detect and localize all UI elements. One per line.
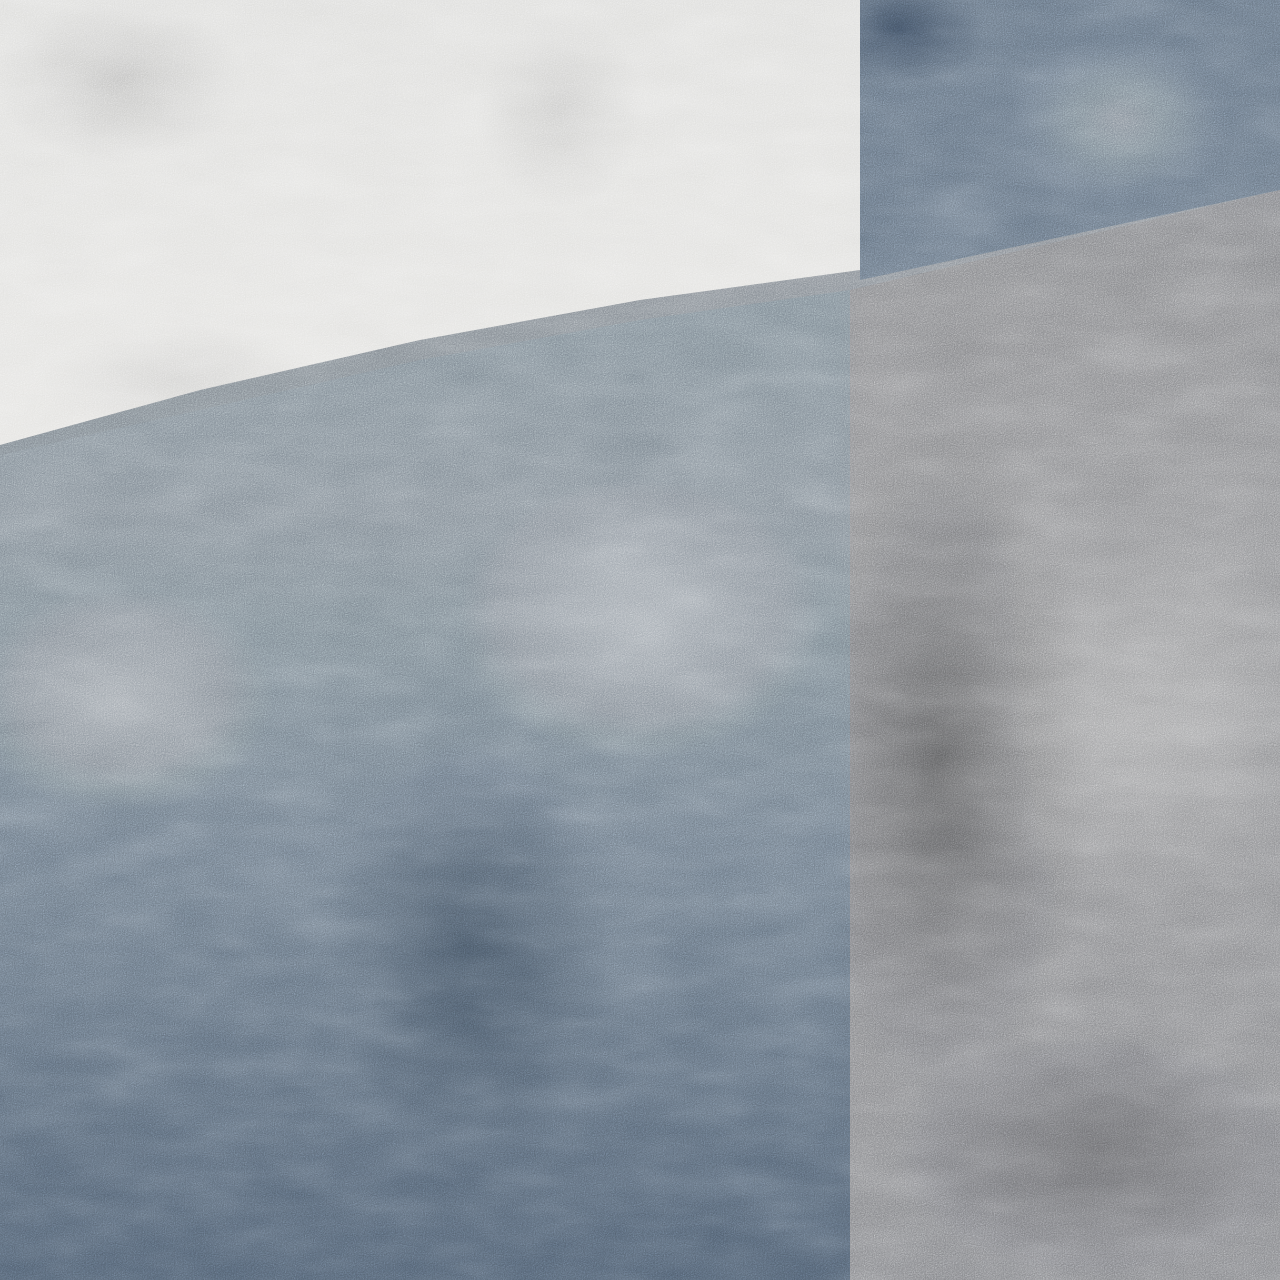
rug-texture-image (0, 0, 1280, 1280)
mottled-texture (0, 0, 1280, 1280)
